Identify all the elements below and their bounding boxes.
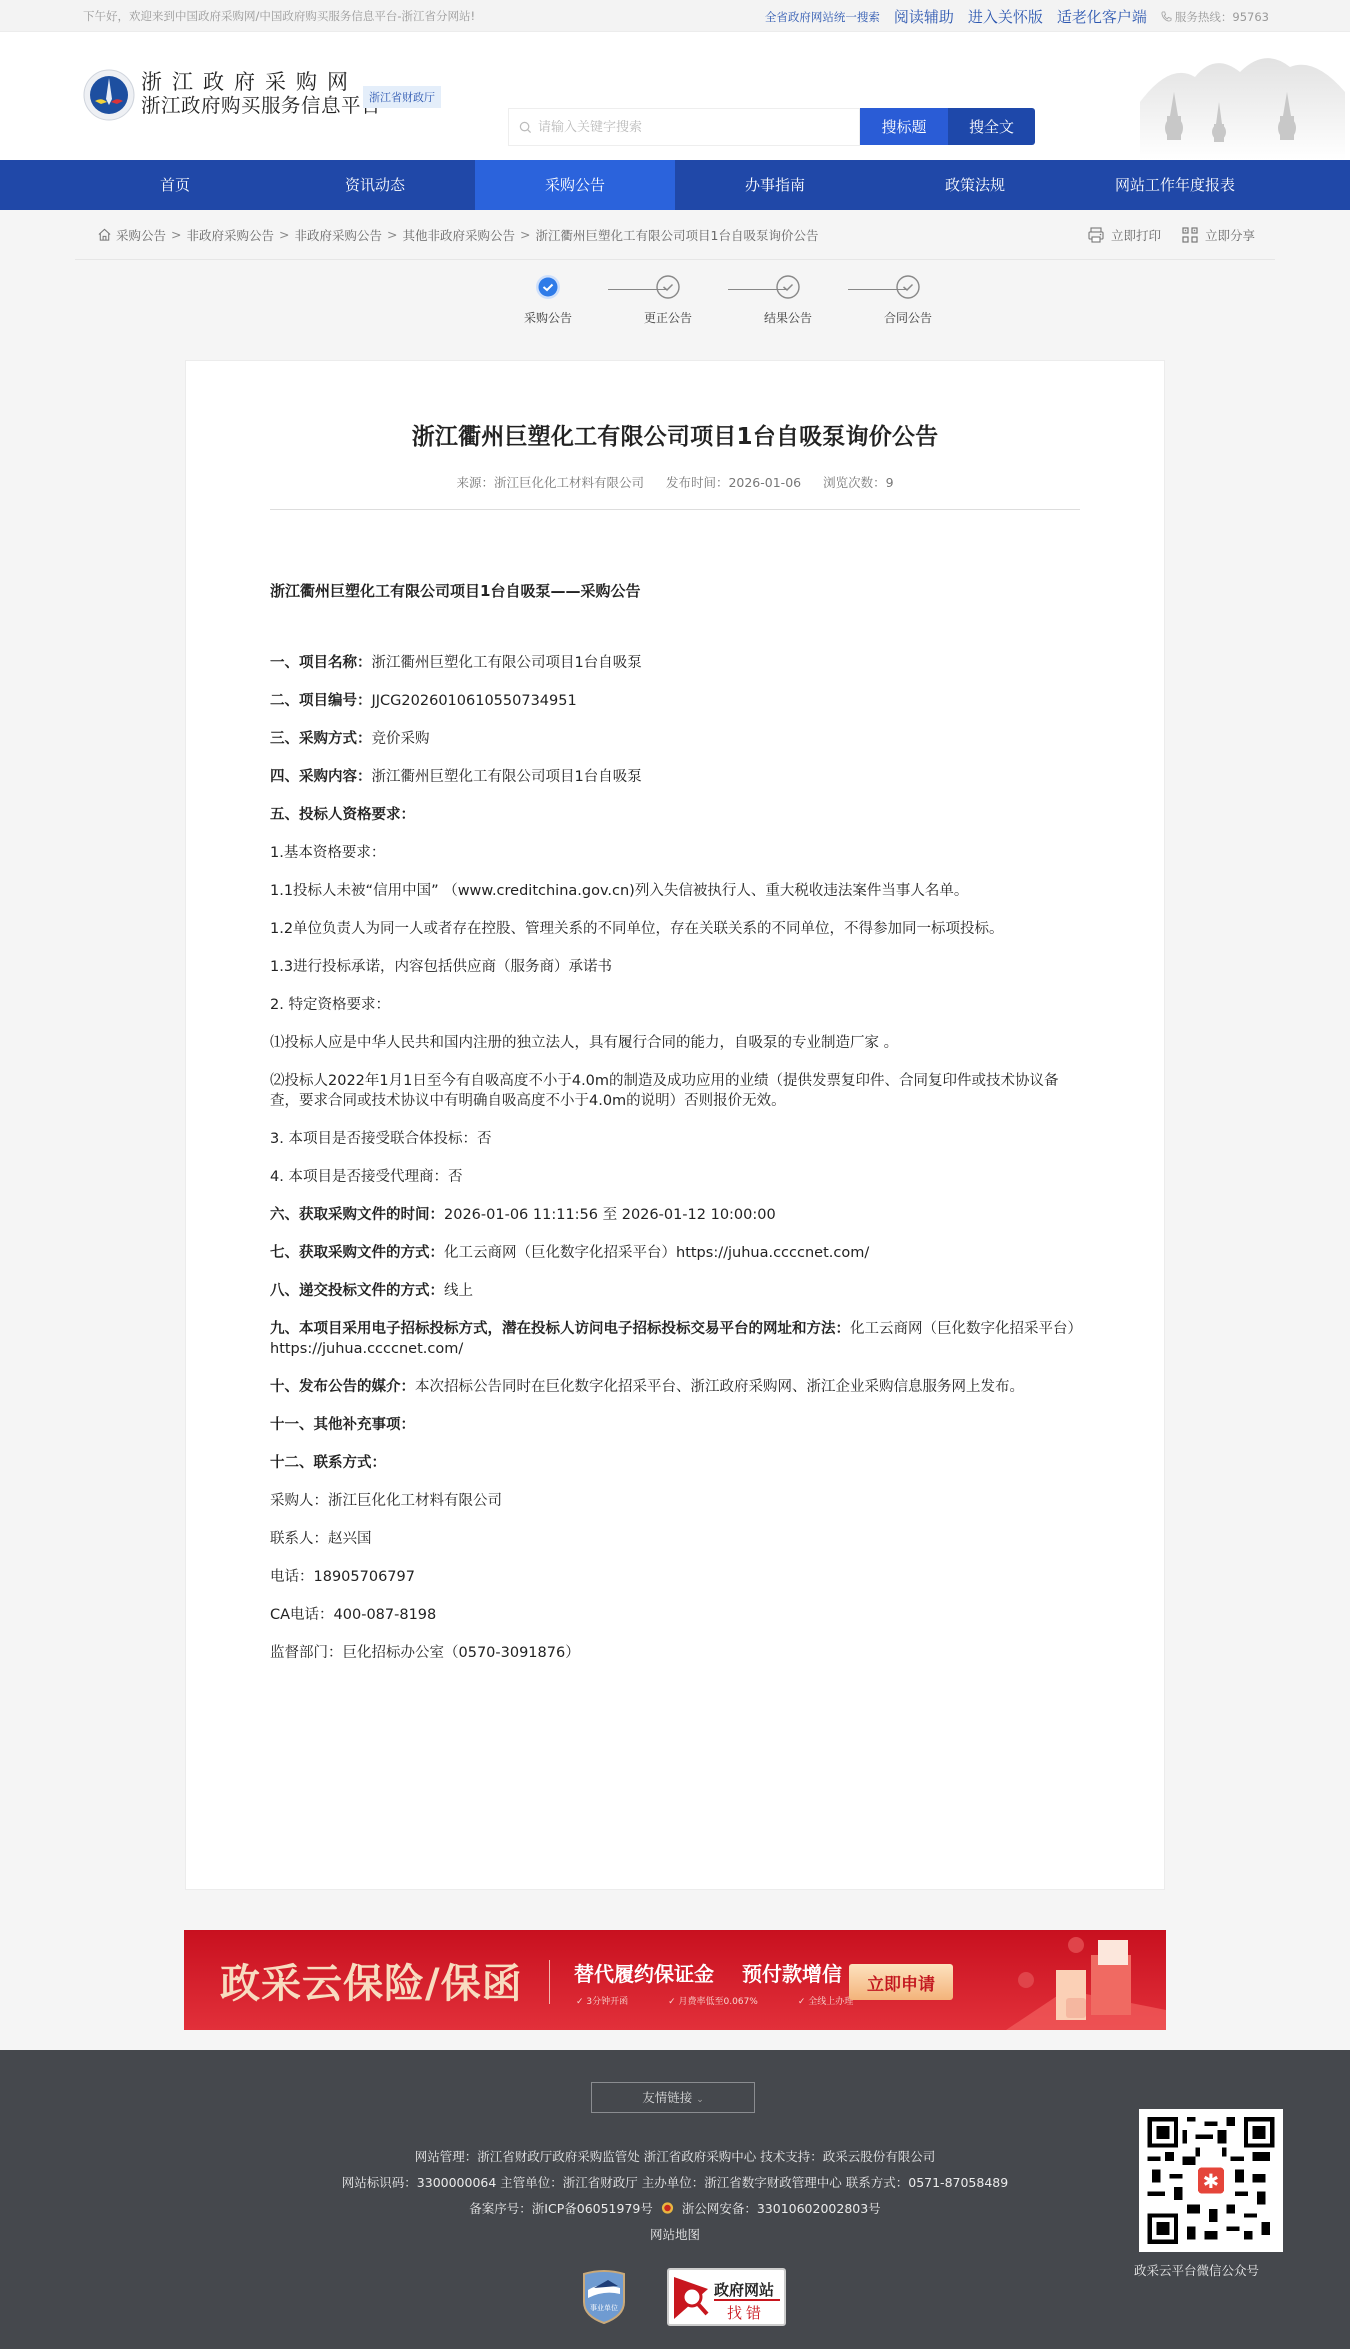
paragraph: ⑴投标人应是中华人民共和国内注册的独立法人，具有履行合同的能力，自吸泵的专业制造… [270, 1033, 1080, 1053]
gov-site-error-report-badge[interactable]: 政府网站 找错 [667, 2268, 786, 2326]
elderly-client-link[interactable]: 适老化客户端 [1057, 6, 1147, 27]
section-heading: 十、发布公告的媒介： [270, 1379, 415, 1395]
top-links: 全省政府网站统一搜索 阅读辅助 进入关怀版 适老化客户端 服务热线：95763 [765, 6, 1269, 27]
search-box [508, 108, 860, 146]
phone-icon [1161, 11, 1172, 22]
step-label: 更正公告 [638, 309, 698, 326]
care-version-link[interactable]: 进入关怀版 [968, 6, 1043, 27]
section-heading: 四、采购内容： [270, 769, 372, 785]
section-heading: 九、本项目采用电子招标投标方式，潜在投标人访问电子招标投标交易平台的网址和方法： [270, 1321, 850, 1337]
section-bidder-qualifications: 五、投标人资格要求： [270, 805, 1080, 825]
finance-dept-badge: 浙江省财政厅 [363, 86, 441, 108]
banner-divider [549, 1960, 550, 2004]
banner-feature: ✓ 3分钟开函 [576, 1994, 628, 2007]
section-heading: 五、投标人资格要求： [270, 807, 415, 823]
step-label: 结果公告 [758, 309, 818, 326]
breadcrumb-item[interactable]: 其他非政府采购公告 [403, 226, 516, 244]
magnifier-icon [672, 2273, 712, 2323]
section-contact: 十二、联系方式： [270, 1453, 1080, 1473]
section-document-time: 六、获取采购文件的时间：2026-01-06 11:11:56 至 2026-0… [270, 1205, 1080, 1225]
breadcrumb: 采购公告 > 非政府采购公告 > 非政府采购公告 > 其他非政府采购公告 > 浙… [97, 226, 818, 244]
error-badge-title: 政府网站 [714, 2279, 774, 2300]
police-record-link[interactable]: 浙公网安备：33010602002803号 [682, 2201, 881, 2216]
insurance-ad-banner[interactable]: 政采云保险/保函 替代履约保证金预付款增信 ✓ 3分钟开函 ✓ 月费率低至0.0… [184, 1930, 1166, 2030]
sitemap-link[interactable]: 网站地图 [650, 2227, 700, 2242]
qrcode-icon: ✱ [1147, 2117, 1275, 2244]
print-button[interactable]: 立即打印 [1087, 226, 1161, 244]
check-circle-icon [655, 274, 681, 300]
province-search-link[interactable]: 全省政府网站统一搜索 [765, 9, 880, 25]
hotline: 服务热线：95763 [1161, 9, 1269, 25]
article-subtitle: 浙江衢州巨塑化工有限公司项目1台自吸泵——采购公告 [270, 580, 1080, 601]
site-name-line1: 浙江政府采购网 [141, 70, 381, 94]
breadcrumb-separator: > [279, 227, 289, 242]
article-view-count: 浏览次数：9 [823, 475, 893, 490]
section-heading: 八、递交投标文件的方式： [270, 1283, 444, 1299]
search-input[interactable] [538, 120, 838, 135]
section-project-name: 一、项目名称：浙江衢州巨塑化工有限公司项目1台自吸泵 [270, 653, 1080, 673]
nav-item-procurement-notices[interactable]: 采购公告 [475, 160, 675, 210]
apply-now-button[interactable]: 立即申请 [849, 1964, 953, 2000]
breadcrumb-separator: > [520, 227, 530, 242]
section-other-matters: 十一、其他补充事项： [270, 1415, 1080, 1435]
section-project-number: 二、项目编号：JJCG20260106105507349​51 [270, 691, 1080, 711]
article-meta: 来源：浙江巨化化工材料有限公司 发布时间：2026-01-06 浏览次数：9 [270, 473, 1080, 491]
search-fulltext-button[interactable]: 搜全文 [948, 108, 1035, 145]
section-heading: 三、采购方式： [270, 731, 372, 747]
banner-slogans: 替代履约保证金预付款增信 [574, 1958, 870, 1987]
step-result-notice[interactable]: 结果公告 [758, 274, 818, 326]
section-text: 浙江衢州巨塑化工有限公司项目1台自吸泵 [372, 655, 642, 671]
breadcrumb-bar: 采购公告 > 非政府采购公告 > 非政府采购公告 > 其他非政府采购公告 > 浙… [75, 210, 1275, 260]
article-source: 来源：浙江巨化化工材料有限公司 [456, 475, 644, 490]
step-procurement-notice[interactable]: 采购公告 [518, 274, 578, 326]
police-emblem-icon [661, 2201, 674, 2215]
nav-item-home[interactable]: 首页 [75, 160, 275, 210]
share-button[interactable]: 立即分享 [1181, 226, 1255, 244]
breadcrumb-item[interactable]: 非政府采购公告 [187, 226, 275, 244]
article-body: 浙江衢州巨塑化工有限公司项目1台自吸泵——采购公告 一、项目名称：浙江衢州巨塑化… [270, 580, 1080, 1663]
banner-headline: 政采云保险/保函 [220, 1952, 523, 2009]
check-circle-icon [775, 274, 801, 300]
paragraph: ⑵投标人2022年1月1日至今有自吸高度不小于4.0m的制造及成功应用的业绩（提… [270, 1071, 1080, 1111]
banner-features: ✓ 3分钟开函 ✓ 月费率低至0.067% ✓ 全线上办理 [576, 1994, 853, 2007]
paragraph: 4. 本项目是否接受代理商：否 [270, 1167, 1080, 1187]
finance-illustration-icon [966, 1930, 1166, 2030]
paragraph: 3. 本项目是否接受联合体投标：否 [270, 1129, 1080, 1149]
svg-text:事业单位: 事业单位 [590, 2303, 618, 2312]
error-badge-subtitle: 找错 [727, 2302, 765, 2323]
qrcode-icon [1181, 226, 1199, 244]
section-heading: 七、获取采购文件的方式： [270, 1245, 444, 1261]
paragraph: 2. 特定资格要求： [270, 995, 1080, 1015]
section-publication-media: 十、发布公告的媒介：本次招标公告同时在巨化数字化招采平台、浙江政府采购网、浙江企… [270, 1377, 1080, 1397]
section-text: 竞价采购 [372, 731, 430, 747]
icp-link[interactable]: 备案序号：浙ICP备06051979号 [469, 2201, 653, 2216]
section-text: 浙江衢州巨塑化工有限公司项目1台自吸泵 [372, 769, 642, 785]
banner-slogan: 替代履约保证金 [574, 1962, 714, 1986]
site-name-line2: 浙江政府购买服务信息平台 [141, 94, 381, 118]
contact-ca-phone: CA电话：400-087-8198 [270, 1605, 1080, 1625]
notice-progress-steps: 采购公告 更正公告 结果公告 合同公告 [75, 260, 1275, 360]
page-actions: 立即打印 立即分享 [1087, 226, 1255, 244]
step-contract-notice[interactable]: 合同公告 [878, 274, 938, 326]
paragraph: 1.1投标人未被“信用中国” （www.creditchina.gov.cn)列… [270, 881, 1080, 901]
section-heading: 十二、联系方式： [270, 1455, 386, 1471]
check-circle-icon [895, 274, 921, 300]
banner-slogan: 预付款增信 [742, 1962, 842, 1986]
breadcrumb-current: 浙江衢州巨塑化工有限公司项目1台自吸泵询价公告 [536, 226, 819, 244]
printer-icon [1087, 226, 1105, 244]
wechat-qrcode: ✱ [1139, 2109, 1283, 2252]
article-title: 浙江衢州巨塑化工有限公司项目1台自吸泵询价公告 [270, 418, 1080, 451]
section-text: JJCG20260106105507349​51 [372, 693, 577, 709]
chevron-down-icon: ⌄ [696, 2095, 704, 2105]
hotline-text: 服务热线：95763 [1175, 9, 1269, 25]
section-document-method: 七、获取采购文件的方式：化工云商网（巨化数字化招采平台）https://juhu… [270, 1243, 1080, 1263]
article-card: 浙江衢州巨塑化工有限公司项目1台自吸泵询价公告 来源：浙江巨化化工材料有限公司 … [185, 360, 1165, 1890]
banner-feature: ✓ 全线上办理 [798, 1994, 853, 2007]
breadcrumb-separator: > [171, 227, 181, 242]
site-logo-icon[interactable] [83, 69, 135, 121]
paragraph: 1.2单位负责人为同一人或者存在控股、管理关系的不同单位，存在关联关系的不同单位… [270, 919, 1080, 939]
site-header: 浙江政府采购网 浙江政府购买服务信息平台 浙江省财政厅 搜标题 搜全文 [0, 32, 1350, 160]
friend-links-label: 友情链接 [642, 2090, 692, 2105]
public-institution-badge-icon[interactable]: 事业单位 [580, 2268, 628, 2324]
nav-item-annual-report[interactable]: 网站工作年度报表 [1075, 160, 1275, 210]
section-procurement-method: 三、采购方式：竞价采购 [270, 729, 1080, 749]
nav-item-policy[interactable]: 政策法规 [875, 160, 1075, 210]
contact-phone: 电话：18905706797 [270, 1567, 1080, 1587]
contact-purchaser: 采购人：浙江巨化化工材料有限公司 [270, 1491, 1080, 1511]
section-submission-method: 八、递交投标文件的方式：线上 [270, 1281, 1080, 1301]
print-label: 立即打印 [1111, 226, 1161, 244]
share-label: 立即分享 [1205, 226, 1255, 244]
breadcrumb-separator: > [387, 227, 397, 242]
friend-links-dropdown[interactable]: 友情链接 ⌄ [591, 2082, 755, 2113]
section-text: 2026-01-06 11:11:56 至 2026-01-12 10:00:0… [444, 1207, 776, 1223]
search-title-button[interactable]: 搜标题 [860, 108, 948, 145]
paragraph: 1.基本资格要求： [270, 843, 1080, 863]
error-badge-underline [714, 2299, 780, 2301]
step-correction-notice[interactable]: 更正公告 [638, 274, 698, 326]
qrcode-caption: 政采云平台微信公众号 [1134, 2261, 1294, 2279]
nav-item-guide[interactable]: 办事指南 [675, 160, 875, 210]
top-bar: 下午好，欢迎来到中国政府采购网/中国政府购买服务信息平台-浙江省分网站! 全省政… [0, 0, 1350, 32]
svg-text:✱: ✱ [1203, 2170, 1220, 2193]
section-heading: 一、项目名称： [270, 655, 372, 671]
article-publish-date: 发布时间：2026-01-06 [666, 475, 801, 490]
section-heading: 十一、其他补充事项： [270, 1417, 415, 1433]
paragraph: 1.3进行投标承诺，内容包括供应商（服务商）承诺书 [270, 957, 1080, 977]
section-text: 化工云商网（巨化数字化招采平台）https://juhua.ccccnet.co… [444, 1245, 869, 1261]
section-heading: 六、获取采购文件的时间： [270, 1207, 444, 1223]
nav-item-news[interactable]: 资讯动态 [275, 160, 475, 210]
step-label: 采购公告 [518, 309, 578, 326]
section-text: 本次招标公告同时在巨化数字化招采平台、浙江政府采购网、浙江企业采购信息服务网上发… [415, 1379, 1024, 1395]
title-divider [270, 509, 1080, 510]
main-nav: 首页 资讯动态 采购公告 办事指南 政策法规 网站工作年度报表 [0, 160, 1350, 210]
mountain-pagoda-decoration [1140, 32, 1350, 160]
check-circle-active-icon [535, 274, 561, 300]
section-text: 线上 [444, 1283, 473, 1299]
reading-aid-link[interactable]: 阅读辅助 [894, 6, 954, 27]
greeting-text: 下午好，欢迎来到中国政府采购网/中国政府购买服务信息平台-浙江省分网站! [83, 8, 475, 24]
section-procurement-content: 四、采购内容：浙江衢州巨塑化工有限公司项目1台自吸泵 [270, 767, 1080, 787]
site-name[interactable]: 浙江政府采购网 浙江政府购买服务信息平台 [141, 70, 381, 118]
step-label: 合同公告 [878, 309, 938, 326]
breadcrumb-item[interactable]: 非政府采购公告 [295, 226, 383, 244]
section-e-bidding-platform: 九、本项目采用电子招标投标方式，潜在投标人访问电子招标投标交易平台的网址和方法：… [270, 1319, 1080, 1359]
section-heading: 二、项目编号： [270, 693, 372, 709]
banner-feature: ✓ 月费率低至0.067% [668, 1994, 758, 2007]
breadcrumb-item[interactable]: 采购公告 [116, 226, 166, 244]
contact-supervisor: 监督部门：巨化招标办公室（0570-3091876） [270, 1643, 1080, 1663]
home-icon[interactable] [97, 227, 112, 242]
contact-person: 联系人：赵兴国 [270, 1529, 1080, 1549]
search-icon [519, 121, 532, 134]
site-footer: 友情链接 ⌄ 网站管理：浙江省财政厅政府采购监管处 浙江省政府采购中心 技术支持… [0, 2050, 1350, 2349]
